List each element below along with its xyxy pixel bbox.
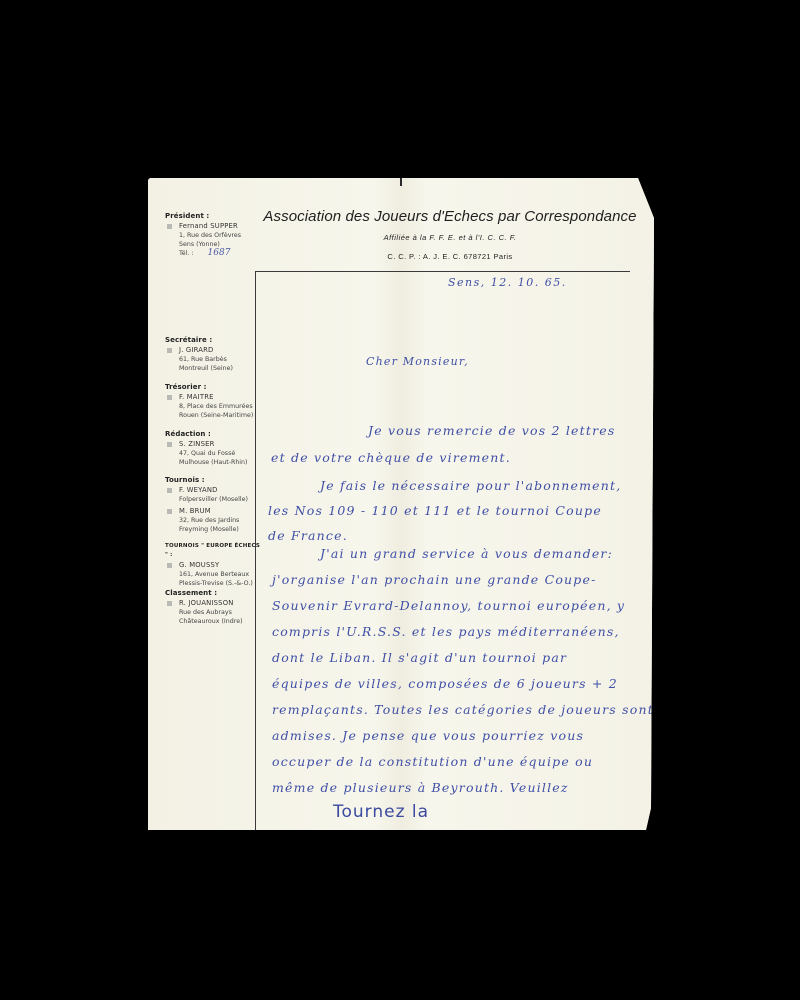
telephone-handwritten: 1687 bbox=[208, 248, 231, 258]
letter-line: Souvenir Evrard-Delannoy, tournoi europé… bbox=[272, 598, 625, 613]
officer-name: Fernand SUPPER bbox=[179, 222, 265, 231]
letter-line: de France. bbox=[268, 528, 348, 543]
officer-secretaire: Secrétaire : J. GIRARD 61, Rue Barbès Mo… bbox=[165, 336, 265, 373]
officer-address-line: 8, Place des Emmurées bbox=[179, 402, 265, 411]
officer-redaction: Rédaction : S. ZINSER 47, Quai du Fossé … bbox=[165, 430, 265, 467]
officer-europe-echecs: TOURNOIS " EUROPE ÉCHECS " : G. MOUSSY 1… bbox=[165, 542, 265, 588]
officer-telephone: Tél. : 1687 bbox=[179, 249, 265, 258]
role-label: Secrétaire : bbox=[165, 336, 265, 345]
officer-address-line: 161, Avenue Berteaux bbox=[179, 570, 265, 579]
letter-salutation: Cher Monsieur, bbox=[366, 355, 469, 368]
officer-name: F. WEYAND bbox=[179, 486, 265, 495]
organization-ccp: C. C. P. : A. J. E. C. 678721 Paris bbox=[250, 252, 650, 261]
square-bullet-icon bbox=[167, 488, 172, 493]
letter-line: remplaçants. Toutes les catégories de jo… bbox=[272, 702, 654, 717]
officer-tournois: Tournois : F. WEYAND Folpersviller (Mose… bbox=[165, 476, 265, 534]
officer-address-line: 1, Rue des Orfèvres bbox=[179, 231, 265, 240]
letter-line: équipes de villes, composées de 6 joueur… bbox=[272, 676, 618, 691]
role-label: Tournois : bbox=[165, 476, 265, 485]
organization-affiliation: Affiliée à la F. F. E. et à l'I. C. C. F… bbox=[250, 233, 650, 242]
role-label: Classement : bbox=[165, 589, 265, 598]
letter-date: Sens, 12. 10. 65. bbox=[448, 276, 567, 289]
officer-entry: F. WEYAND Folpersviller (Moselle) bbox=[165, 486, 265, 504]
officer-entry: R. JOUANISSON Rue des Aubrays Châteaurou… bbox=[165, 599, 265, 626]
square-bullet-icon bbox=[167, 395, 172, 400]
officer-address-line: Freyming (Moselle) bbox=[179, 525, 265, 534]
letter-line: j'organise l'an prochain une grande Coup… bbox=[272, 572, 597, 587]
square-bullet-icon bbox=[167, 601, 172, 606]
organization-title: Association des Joueurs d'Echecs par Cor… bbox=[250, 208, 650, 225]
letter-line: les Nos 109 - 110 et 111 et le tournoi C… bbox=[268, 503, 602, 518]
letter-line: Je vous remercie de vos 2 lettres bbox=[368, 423, 615, 438]
officer-name: R. JOUANISSON bbox=[179, 599, 265, 608]
officer-address-line: Montreuil (Seine) bbox=[179, 364, 265, 373]
square-bullet-icon bbox=[167, 509, 172, 514]
letter-line: occuper de la constitution d'une équipe … bbox=[272, 754, 593, 769]
square-bullet-icon bbox=[167, 224, 172, 229]
letter-line: admises. Je pense que vous pourriez vous bbox=[272, 728, 584, 743]
officer-entry: Fernand SUPPER 1, Rue des Orfèvres Sens … bbox=[165, 222, 265, 258]
officer-address-line: Rue des Aubrays bbox=[179, 608, 265, 617]
square-bullet-icon bbox=[167, 442, 172, 447]
officer-entry: M. BRUM 32, Rue des Jardins Freyming (Mo… bbox=[165, 507, 265, 534]
square-bullet-icon bbox=[167, 563, 172, 568]
role-label: Président : bbox=[165, 212, 265, 221]
fold-crease bbox=[400, 178, 402, 186]
header-rule bbox=[255, 271, 630, 272]
officer-address-line: Châteauroux (Indre) bbox=[179, 617, 265, 626]
letter-paper: Association des Joueurs d'Echecs par Cor… bbox=[148, 178, 654, 830]
officer-address-line: 32, Rue des Jardins bbox=[179, 516, 265, 525]
officer-address-line: Mulhouse (Haut-Rhin) bbox=[179, 458, 265, 467]
officer-address-line: Plessis-Trevise (S.-&-O.) bbox=[179, 579, 265, 588]
officer-name: G. MOUSSY bbox=[179, 561, 265, 570]
letter-line: Je fais le nécessaire pour l'abonnement, bbox=[320, 478, 621, 493]
square-bullet-icon bbox=[167, 348, 172, 353]
overleaf-note: Tournez la bbox=[333, 802, 429, 822]
officer-entry: G. MOUSSY 161, Avenue Berteaux Plessis-T… bbox=[165, 561, 265, 588]
role-label: Rédaction : bbox=[165, 430, 265, 439]
officer-address-line: Folpersviller (Moselle) bbox=[179, 495, 265, 504]
officer-classement: Classement : R. JOUANISSON Rue des Aubra… bbox=[165, 589, 265, 626]
officer-name: M. BRUM bbox=[179, 507, 265, 516]
letter-line: même de plusieurs à Beyrouth. Veuillez bbox=[272, 780, 569, 795]
officer-name: S. ZINSER bbox=[179, 440, 265, 449]
officer-tresorier: Trésorier : F. MAITRE 8, Place des Emmur… bbox=[165, 383, 265, 420]
officer-name: F. MAITRE bbox=[179, 393, 265, 402]
officer-entry: J. GIRARD 61, Rue Barbès Montreuil (Sein… bbox=[165, 346, 265, 373]
letter-line: dont le Liban. Il s'agit d'un tournoi pa… bbox=[272, 650, 567, 665]
officer-address-line: 47, Quai du Fossé bbox=[179, 449, 265, 458]
officer-address-line: 61, Rue Barbès bbox=[179, 355, 265, 364]
officer-entry: F. MAITRE 8, Place des Emmurées Rouen (S… bbox=[165, 393, 265, 420]
officer-address-line: Rouen (Seine-Maritime) bbox=[179, 411, 265, 420]
officer-entry: S. ZINSER 47, Quai du Fossé Mulhouse (Ha… bbox=[165, 440, 265, 467]
role-label: Trésorier : bbox=[165, 383, 265, 392]
role-label: TOURNOIS " EUROPE ÉCHECS " : bbox=[165, 542, 265, 560]
letter-line: et de votre chèque de virement. bbox=[271, 450, 511, 465]
officer-president: Président : Fernand SUPPER 1, Rue des Or… bbox=[165, 212, 265, 258]
letter-line: compris l'U.R.S.S. et les pays méditerra… bbox=[272, 624, 620, 639]
officer-name: J. GIRARD bbox=[179, 346, 265, 355]
letter-line: J'ai un grand service à vous demander: bbox=[320, 546, 613, 561]
telephone-label: Tél. : bbox=[179, 250, 194, 257]
